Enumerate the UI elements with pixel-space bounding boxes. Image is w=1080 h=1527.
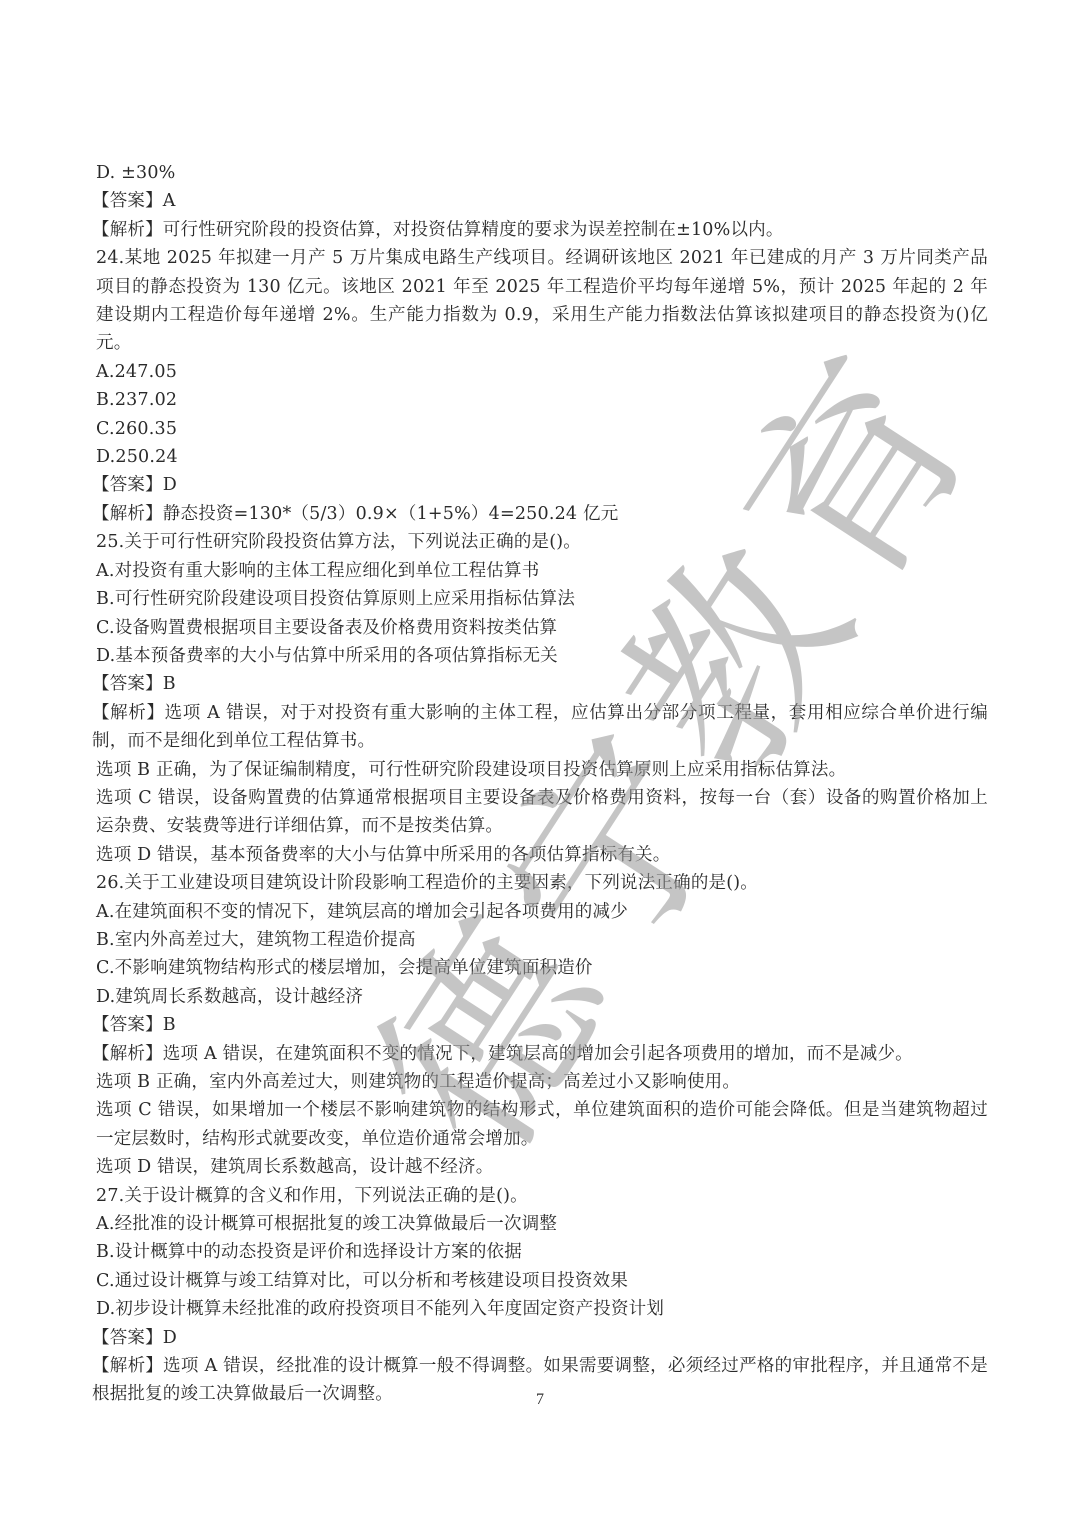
q26-analysis-a: 【解析】选项 A 错误，在建筑面积不变的情况下，建筑层高的增加会引起各项费用的增… xyxy=(92,1040,988,1068)
q25-analysis-a: 【解析】选项 A 错误，对于对投资有重大影响的主体工程，应估算出分部分项工程量，… xyxy=(92,699,988,756)
q27-option-d: D.初步设计概算未经批准的政府投资项目不能列入年度固定资产投资计划 xyxy=(96,1295,988,1323)
q27-option-c: C.通过设计概算与竣工结算对比，可以分析和考核建设项目投资效果 xyxy=(96,1267,988,1295)
q26-option-d: D.建筑周长系数越高，设计越经济 xyxy=(96,983,988,1011)
q23-answer: 【答案】A xyxy=(92,187,988,215)
q24-answer: 【答案】D xyxy=(92,471,988,499)
q26-option-c: C.不影响建筑物结构形式的楼层增加，会提高单位建筑面积造价 xyxy=(96,954,988,982)
q27-stem: 27.关于设计概算的含义和作用，下列说法正确的是()。 xyxy=(96,1182,988,1210)
q25-answer: 【答案】B xyxy=(92,670,988,698)
q24-stem: 24.某地 2025 年拟建一月产 5 万片集成电路生产线项目。经调研该地区 2… xyxy=(96,244,988,358)
q27-answer: 【答案】D xyxy=(92,1324,988,1352)
q25-analysis-c: 选项 C 错误，设备购置费的估算通常根据项目主要设备表及价格费用资料，按每一台（… xyxy=(96,784,988,841)
page-number: 7 xyxy=(0,1391,1080,1409)
q26-analysis-c: 选项 C 错误，如果增加一个楼层不影响建筑物的结构形式，单位建筑面积的造价可能会… xyxy=(96,1096,988,1153)
q26-option-a: A.在建筑面积不变的情况下，建筑层高的增加会引起各项费用的减少 xyxy=(96,898,988,926)
q24-option-a: A.247.05 xyxy=(96,358,988,386)
q23-analysis: 【解析】可行性研究阶段的投资估算，对投资估算精度的要求为误差控制在±10%以内。 xyxy=(92,216,988,244)
q26-analysis-d: 选项 D 错误，建筑周长系数越高，设计越不经济。 xyxy=(96,1153,988,1181)
q25-option-a: A.对投资有重大影响的主体工程应细化到单位工程估算书 xyxy=(96,557,988,585)
q24-option-b: B.237.02 xyxy=(96,386,988,414)
document-page: D. ±30% 【答案】A 【解析】可行性研究阶段的投资估算，对投资估算精度的要… xyxy=(0,0,1080,1527)
q27-option-b: B.设计概算中的动态投资是评价和选择设计方案的依据 xyxy=(96,1238,988,1266)
page-content: D. ±30% 【答案】A 【解析】可行性研究阶段的投资估算，对投资估算精度的要… xyxy=(96,159,988,1409)
q26-analysis-b: 选项 B 正确，室内外高差过大，则建筑物的工程造价提高；高差过小又影响使用。 xyxy=(96,1068,988,1096)
q26-answer: 【答案】B xyxy=(92,1011,988,1039)
q26-option-b: B.室内外高差过大，建筑物工程造价提高 xyxy=(96,926,988,954)
q24-option-c: C.260.35 xyxy=(96,415,988,443)
q25-option-d: D.基本预备费率的大小与估算中所采用的各项估算指标无关 xyxy=(96,642,988,670)
q23-option-d: D. ±30% xyxy=(96,159,988,187)
q27-option-a: A.经批准的设计概算可根据批复的竣工决算做最后一次调整 xyxy=(96,1210,988,1238)
q26-stem: 26.关于工业建设项目建筑设计阶段影响工程造价的主要因素，下列说法正确的是()。 xyxy=(96,869,988,897)
q25-stem: 25.关于可行性研究阶段投资估算方法，下列说法正确的是()。 xyxy=(96,528,988,556)
q25-analysis-b: 选项 B 正确，为了保证编制精度，可行性研究阶段建设项目投资估算原则上应采用指标… xyxy=(96,756,988,784)
q25-option-b: B.可行性研究阶段建设项目投资估算原则上应采用指标估算法 xyxy=(96,585,988,613)
q24-option-d: D.250.24 xyxy=(96,443,988,471)
q24-analysis: 【解析】静态投资=130*（5/3）0.9×（1+5%）4=250.24 亿元 xyxy=(92,500,988,528)
q25-analysis-d: 选项 D 错误，基本预备费率的大小与估算中所采用的各项估算指标有关。 xyxy=(96,841,988,869)
q25-option-c: C.设备购置费根据项目主要设备表及价格费用资料按类估算 xyxy=(96,614,988,642)
